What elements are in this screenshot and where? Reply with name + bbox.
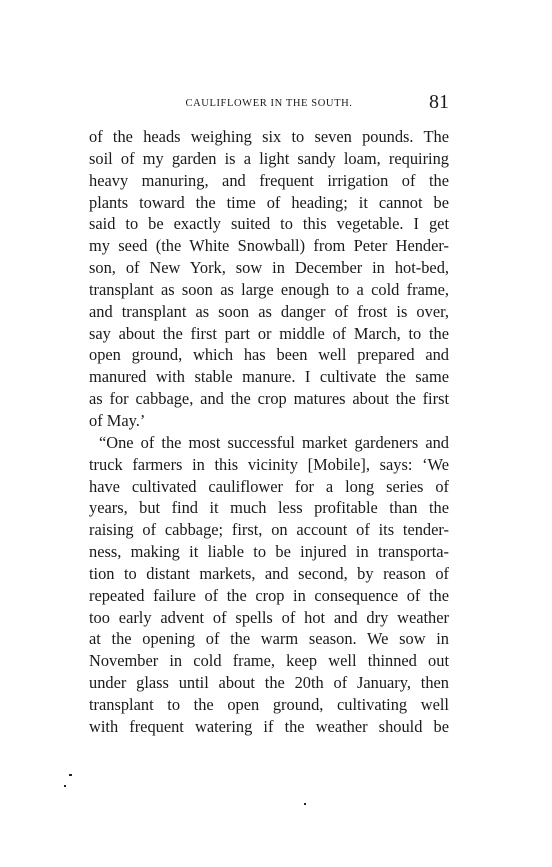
text-line: repeated failure of the crop in conseque…	[89, 585, 449, 607]
text-line: say about the first part or middle of Ma…	[89, 323, 449, 345]
text-line: said to be exactly suited to this vegeta…	[89, 213, 449, 235]
text-line: and transplant as soon as danger of fros…	[89, 301, 449, 323]
text-line: of May.’	[89, 410, 449, 432]
text-line: plants toward the time of heading; it ca…	[89, 192, 449, 214]
text-line: tion to distant markets, and second, by …	[89, 563, 449, 585]
scan-speck	[64, 785, 66, 787]
text-line: “One of the most successful market garde…	[89, 432, 449, 454]
text-line: my seed (the White Snowball) from Peter …	[89, 235, 449, 257]
running-head-title: Cauliflower in the South.	[89, 98, 449, 109]
text-line: truck farmers in this vicinity [Mobile],…	[89, 454, 449, 476]
text-line: of the heads weighing six to seven pound…	[89, 126, 449, 148]
scan-speck	[304, 803, 306, 805]
text-line: soil of my garden is a light sandy loam,…	[89, 148, 449, 170]
text-line: with frequent watering if the weather sh…	[89, 716, 449, 738]
text-line: open ground, which has been well prepare…	[89, 344, 449, 366]
text-line: son, of New York, sow in December in hot…	[89, 257, 449, 279]
text-line: ness, making it liable to be injured in …	[89, 541, 449, 563]
scan-speck	[69, 774, 72, 776]
body-text: of the heads weighing six to seven pound…	[89, 126, 449, 738]
text-line: manured with stable manure. I cultivate …	[89, 366, 449, 388]
book-page: Cauliflower in the South. 81 of the head…	[0, 0, 552, 867]
text-line: under glass until about the 20th of Janu…	[89, 672, 449, 694]
text-line: years, but find it much less profitable …	[89, 497, 449, 519]
text-line: as for cabbage, and the crop matures abo…	[89, 388, 449, 410]
text-line: too early advent of spells of hot and dr…	[89, 607, 449, 629]
running-head: Cauliflower in the South. 81	[89, 92, 449, 116]
text-line: transplant to the open ground, cultivati…	[89, 694, 449, 716]
text-line: transplant as soon as large enough to a …	[89, 279, 449, 301]
text-line: have cultivated cauliflower for a long s…	[89, 476, 449, 498]
text-line: heavy manuring, and frequent irrigation …	[89, 170, 449, 192]
text-line: November in cold frame, keep well thinne…	[89, 650, 449, 672]
text-line: raising of cabbage; first, on account of…	[89, 519, 449, 541]
text-line: at the opening of the warm season. We so…	[89, 628, 449, 650]
page-number: 81	[429, 91, 449, 114]
